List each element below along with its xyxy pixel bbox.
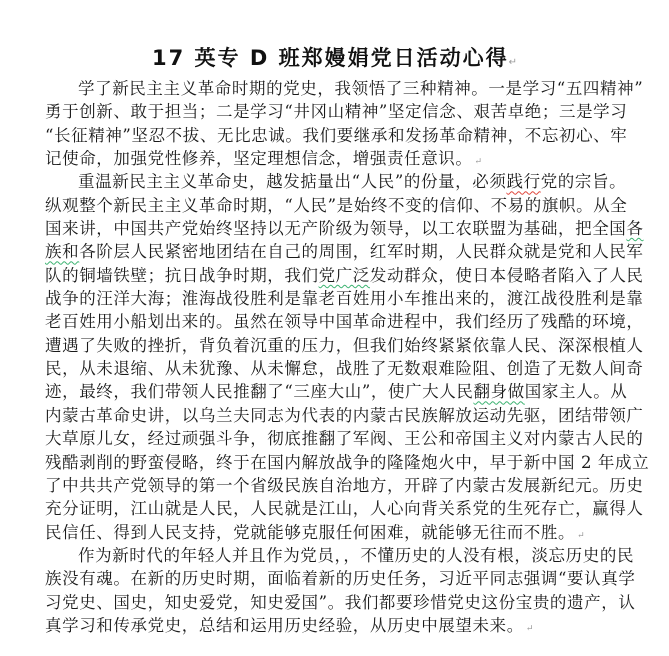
text-line: 记使命，加强党性修养，坚定理想信念，增强责任意识。↵ (45, 147, 635, 170)
grammar-flag[interactable]: 翻身做 (473, 382, 524, 401)
line-text: 重温新民主主义革命史，越发掂量出“人民”的份量，必须 (78, 172, 506, 191)
text-line: 真学习和传承党史，总结和运用历史经验，从历史中展望未来。↵ (45, 614, 635, 637)
line-text: 国家主人。从 (525, 382, 628, 401)
line-text: 党的宗旨。 (541, 172, 627, 191)
line-text: 各阶层人民紧密地团结在自己的周围，红军时期，人民群众就是党和人民军 (79, 242, 643, 261)
text-line: 民，从未退缩、从未犹豫、从未懈怠，战胜了无数艰难险阻、创造了无数人间奇 (45, 357, 635, 380)
line-text: 队的铜墙铁壁；抗日战争时期，我们 (45, 266, 319, 285)
text-line: 老百姓用小船划出来的。虽然在领导中国革命进程中，我们经历了残酷的环境， (45, 310, 635, 333)
paragraph-mark-icon: ↵ (526, 624, 534, 634)
line-text: 真学习和传承党史，总结和运用历史经验，从历史中展望未来。 (45, 616, 524, 635)
text-line: 迹，最终，我们带领人民推翻了“三座大山”，使广大人民翻身做国家主人。从 (45, 380, 635, 403)
line-text: 民信任、得到人民支持，党就能够克服任何困难，就能够无往而不胜。 (45, 523, 575, 542)
text-line: 大草原儿女，经过顽强斗争，彻底推翻了军阀、王公和帝国主义对内蒙古人民的 (45, 427, 635, 450)
paragraph-1: 学了新民主主义革命时期的党史，我领悟了三种精神。一是学习“五四精神” 勇于创新、… (45, 77, 635, 170)
text-line: 族和各阶层人民紧密地团结在自己的周围，红军时期，人民群众就是党和人民军 (45, 240, 635, 263)
document-title: 17 英专 D 班郑嫚娟党日活动心得↵ (0, 42, 669, 72)
text-line: 族没有魂。在新的历史时期，面临着新的历史任务，习近平同志强调“要认真学 (45, 567, 635, 590)
text-line: 作为新时代的年轻人并且作为党员，，不懂历史的人没有根，淡忘历史的民 (45, 544, 635, 567)
text-line: 学了新民主主义革命时期的党史，我领悟了三种精神。一是学习“五四精神” (45, 77, 635, 100)
text-line: “长征精神”坚忍不拔、无比忠诚。我们要继承和发扬革命精神，不忘初心、牢 (45, 124, 635, 147)
paragraph-mark-icon: ↵ (577, 531, 585, 541)
text-line: 残酷剥削的野蛮侵略，终于在国内解放战争的隆隆炮火中，早于新中国 2 年成立 (45, 451, 635, 474)
paragraph-mark-icon: ↵ (475, 157, 483, 167)
grammar-flag[interactable]: 各 (626, 219, 643, 238)
grammar-flag[interactable]: 党广泛 (319, 266, 370, 285)
paragraph-mark-icon: ↵ (509, 57, 517, 68)
line-text: 发动群众，使日本侵略者陷入了人民 (370, 266, 644, 285)
text-line: 遭遇了失败的挫折，背负着沉重的压力，但我们始终紧紧依靠人民、深深根植人 (45, 334, 635, 357)
title-text: 17 英专 D 班郑嫚娟党日活动心得 (152, 46, 509, 70)
text-line: 勇于创新、敢于担当；二是学习“井冈山精神”坚定信念、艰苦卓绝；三是学习 (45, 100, 635, 123)
line-text: 记使命，加强党性修养，坚定理想信念，增强责任意识。 (45, 149, 473, 168)
text-line: 了中共共产党领导的第一个省级民族自治地方，开辟了内蒙古发展新纪元。历史 (45, 474, 635, 497)
document-page: 17 英专 D 班郑嫚娟党日活动心得↵ 学了新民主主义革命时期的党史，我领悟了三… (0, 0, 669, 656)
text-line: 充分证明，江山就是人民，人民就是江山，人心向背关系党的生死存亡，赢得人 (45, 497, 635, 520)
text-line: 内蒙古革命史讲，以乌兰夫同志为代表的内蒙古民族解放运动先驱，团结带领广 (45, 404, 635, 427)
text-line: 国来讲，中国共产党始终坚持以无产阶级为领导，以工农联盟为基础，把全国各 (45, 217, 635, 240)
text-line: 重温新民主主义革命史，越发掂量出“人民”的份量，必须践行党的宗旨。 (45, 170, 635, 193)
text-line: 战争的汪洋大海；淮海战役胜利是靠老百姓用小车推出来的，渡江战役胜利是靠 (45, 287, 635, 310)
line-text: 国来讲，中国共产党始终坚持以无产阶级为领导，以工农联盟为基础，把全国 (45, 219, 626, 238)
text-line: 习党史、国史，知史爱党，知史爱国”。我们都要珍惜党史这份宝贵的遗产，认 (45, 591, 635, 614)
text-line: 纵观整个新民主主义革命时期，“人民”是始终不变的信仰、不易的旗帜。从全 (45, 194, 635, 217)
paragraph-3: 作为新时代的年轻人并且作为党员，，不懂历史的人没有根，淡忘历史的民 族没有魂。在… (45, 544, 635, 637)
line-text: 迹，最终，我们带领人民推翻了“三座大山”，使广大人民 (45, 382, 473, 401)
spellcheck-flag[interactable]: 践行 (506, 172, 540, 191)
document-body[interactable]: 学了新民主主义革命时期的党史，我领悟了三种精神。一是学习“五四精神” 勇于创新、… (45, 77, 635, 637)
grammar-flag[interactable]: 族和 (45, 242, 79, 261)
text-line: 队的铜墙铁壁；抗日战争时期，我们党广泛发动群众，使日本侵略者陷入了人民 (45, 264, 635, 287)
paragraph-2: 重温新民主主义革命史，越发掂量出“人民”的份量，必须践行党的宗旨。 纵观整个新民… (45, 170, 635, 544)
text-line: 民信任、得到人民支持，党就能够克服任何困难，就能够无往而不胜。↵ (45, 521, 635, 544)
